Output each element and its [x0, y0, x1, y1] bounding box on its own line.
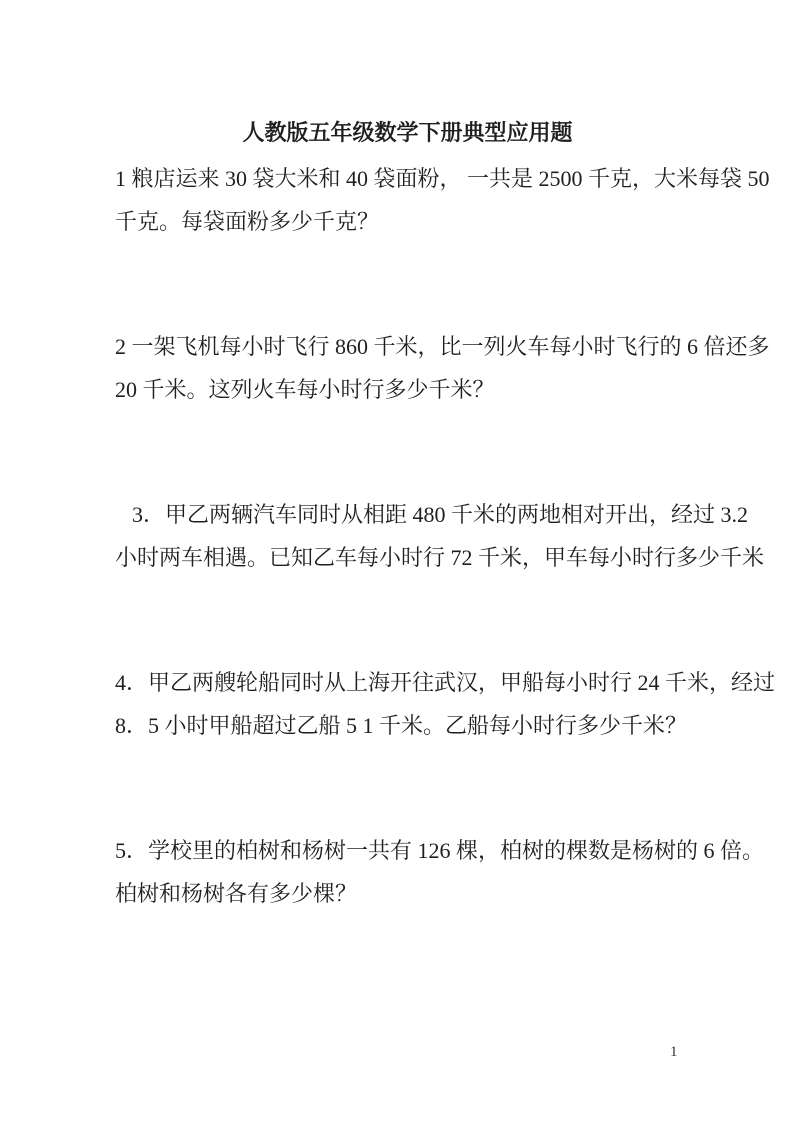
document-page: 人教版五年级数学下册典型应用题 1 粮店运来 30 袋大米和 40 袋面粉， 一… [0, 0, 800, 1131]
problem-1: 1 粮店运来 30 袋大米和 40 袋面粉， 一共是 2500 千克，大米每袋 … [115, 157, 700, 243]
problem-5: 5．学校里的柏树和杨树一共有 126 棵，柏树的棵数是杨树的 6 倍。 柏树和杨… [115, 829, 700, 915]
problem-2-line-1: 2 一架飞机每小时飞行 860 千米，比一列火车每小时飞行的 6 倍还多 [115, 325, 700, 368]
problem-3-line-2: 小时两车相遇。已知乙车每小时行 72 千米，甲车每小时行多少千米 [115, 536, 700, 579]
problem-2: 2 一架飞机每小时飞行 860 千米，比一列火车每小时飞行的 6 倍还多 20 … [115, 325, 700, 411]
problem-3: 3．甲乙两辆汽车同时从相距 480 千米的两地相对开出，经过 3.2 小时两车相… [115, 493, 700, 579]
problem-2-line-2: 20 千米。这列火车每小时行多少千米？ [115, 368, 700, 411]
problem-5-line-2: 柏树和杨树各有多少棵？ [115, 872, 700, 915]
document-content: 人教版五年级数学下册典型应用题 1 粮店运来 30 袋大米和 40 袋面粉， 一… [0, 0, 800, 915]
problem-4-line-2: 8．5 小时甲船超过乙船 5 1 千米。乙船每小时行多少千米？ [115, 704, 700, 747]
problem-5-line-1: 5．学校里的柏树和杨树一共有 126 棵，柏树的棵数是杨树的 6 倍。 [115, 829, 700, 872]
document-title: 人教版五年级数学下册典型应用题 [115, 111, 700, 154]
problem-4: 4．甲乙两艘轮船同时从上海开往武汉，甲船每小时行 24 千米，经过 8．5 小时… [115, 661, 700, 747]
problem-4-line-1: 4．甲乙两艘轮船同时从上海开往武汉，甲船每小时行 24 千米，经过 [115, 661, 700, 704]
page-number: 1 [670, 1042, 678, 1062]
problem-3-line-1: 3．甲乙两辆汽车同时从相距 480 千米的两地相对开出，经过 3.2 [115, 493, 700, 536]
problem-1-line-2: 千克。每袋面粉多少千克？ [115, 200, 700, 243]
problem-1-line-1: 1 粮店运来 30 袋大米和 40 袋面粉， 一共是 2500 千克，大米每袋 … [115, 157, 700, 200]
